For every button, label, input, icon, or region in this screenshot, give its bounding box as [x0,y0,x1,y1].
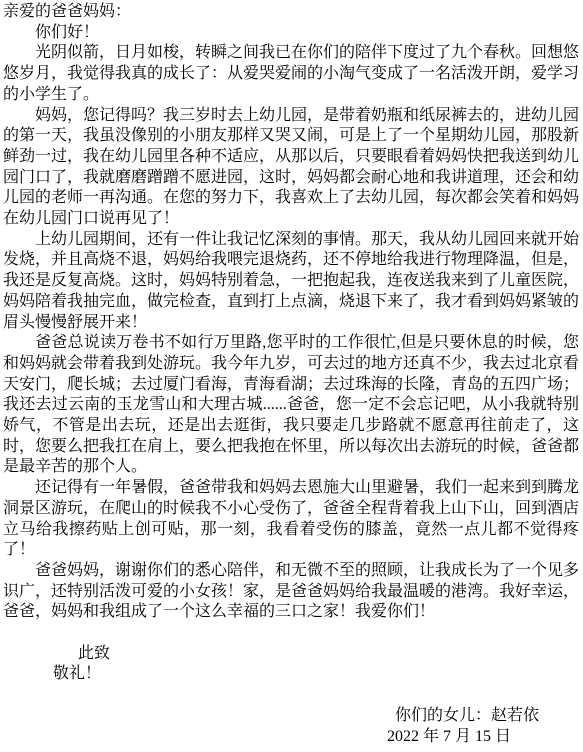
letter-paragraph-summer-injury: 还记得有一年暑假，爸爸带我和妈妈去恩施大山里避暑，我们一起来到到腾龙洞景区游玩，… [3,478,579,561]
letter-paragraph-fever: 上幼儿园期间，还有一件让我记忆深刻的事情。那天，我从幼儿园回来就开始发烧，并且高… [3,230,579,334]
letter-paragraph-thanks: 爸爸妈妈，谢谢你们的悉心陪伴，和无微不至的照顾，让我成长为了一个见多识广，还特别… [3,561,579,623]
letter-greeting: 你们好！ [3,23,579,44]
letter-paragraph-growth: 光阴似箭，日月如梭，转瞬之间我已在你们的陪伴下度过了九个春秋。回想悠悠岁月，我觉… [3,43,579,105]
letter-paragraph-travel: 爸爸总说读万卷书不如行万里路,您平时的工作很忙,但是只要休息的时候，您和妈妈就会… [3,333,579,478]
letter-closing-jingli: 敬礼！ [3,664,579,685]
letter-signature-name: 你们的女儿：赵若依 [3,706,579,727]
letter-closing-cizhi: 此致 [3,644,579,665]
letter-salutation: 亲爱的爸爸妈妈： [3,2,579,23]
letter-document: 亲爱的爸爸妈妈： 你们好！ 光阴似箭，日月如梭，转瞬之间我已在你们的陪伴下度过了… [0,0,583,752]
letter-paragraph-kindergarten: 妈妈，您记得吗？我三岁时去上幼儿园，是带着奶瓶和纸尿裤去的，进幼儿园的第一天，我… [3,106,579,230]
letter-signature-date: 2022 年 7 月 15 日 [3,727,579,748]
